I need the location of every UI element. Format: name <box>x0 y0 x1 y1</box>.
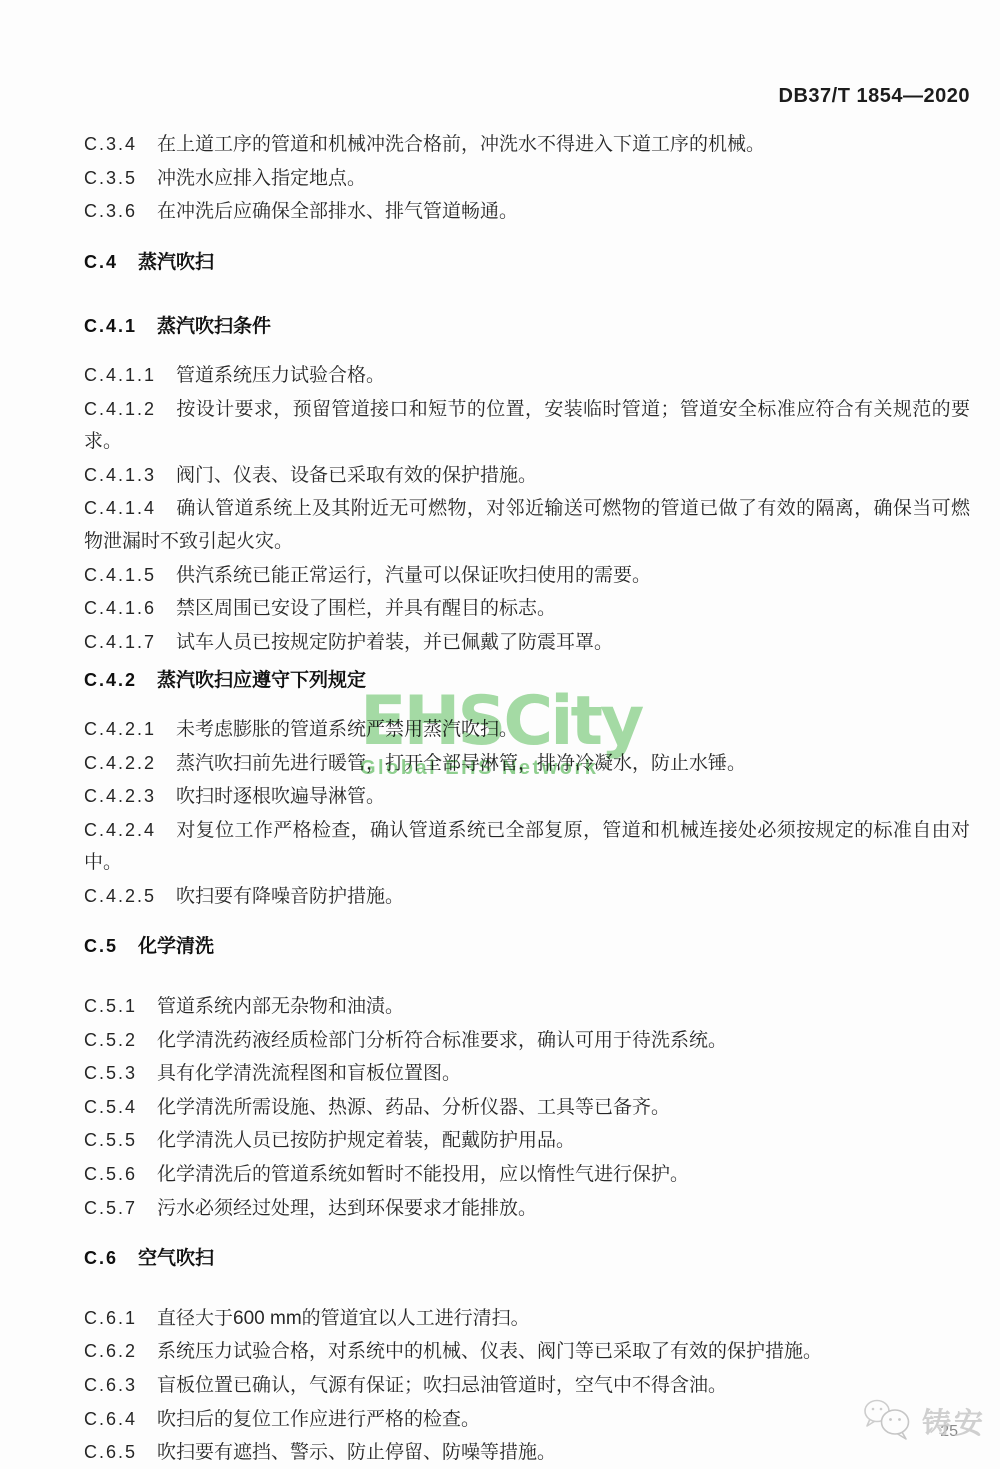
clause-C.4.1.6: C.4.1.6禁区周围已安设了围栏，并具有醒目的标志。 <box>84 592 970 626</box>
clause-number: C.5.5 <box>84 1130 137 1150</box>
heading-C.5: C.5化学清洗 <box>84 930 970 990</box>
clause-text: 系统压力试验合格，对系统中的机械、仪表、阀门等已采取了有效的保护措施。 <box>157 1341 822 1362</box>
clause-number: C.4.2.4 <box>84 820 156 840</box>
clause-number: C.4.1.1 <box>84 365 156 385</box>
clause-number: C.4.2.1 <box>84 719 156 739</box>
clause-text: 对复位工作严格检查，确认管道系统已全部复原，管道和机械连接处必须按规定的标准自由… <box>84 820 970 874</box>
clause-number: C.4.2 <box>84 670 137 690</box>
clause-C.3.4: C.3.4在上道工序的管道和机械冲洗合格前，冲洗水不得进入下道工序的机械。 <box>84 128 970 162</box>
clause-text: 化学清洗 <box>138 936 214 957</box>
document-content: C.3.4在上道工序的管道和机械冲洗合格前，冲洗水不得进入下道工序的机械。C.3… <box>84 128 970 1469</box>
clause-text: 蒸汽吹扫 <box>138 252 214 273</box>
heading-C.4.1: C.4.1蒸汽吹扫条件 <box>84 310 970 359</box>
clause-text: 化学清洗药液经质检部门分析符合标准要求，确认可用于待洗系统。 <box>157 1030 727 1051</box>
clause-C.6.2: C.6.2系统压力试验合格，对系统中的机械、仪表、阀门等已采取了有效的保护措施。 <box>84 1335 970 1369</box>
clause-number: C.4.2.5 <box>84 886 156 906</box>
clause-text: 未考虑膨胀的管道系统严禁用蒸汽吹扫。 <box>176 719 518 740</box>
clause-number: C.4.2.3 <box>84 786 156 806</box>
heading-C.6: C.6空气吹扫 <box>84 1242 970 1302</box>
clause-C.5.3: C.5.3具有化学清洗流程图和盲板位置图。 <box>84 1057 970 1091</box>
clause-C.5.5: C.5.5化学清洗人员已按防护规定着装，配戴防护用品。 <box>84 1124 970 1158</box>
clause-number: C.4.1.3 <box>84 465 156 485</box>
clause-text: 禁区周围已安设了围栏，并具有醒目的标志。 <box>176 598 556 619</box>
clause-number: C.6.3 <box>84 1375 137 1395</box>
clause-C.5.7: C.5.7污水必须经过处理，达到环保要求才能排放。 <box>84 1192 970 1226</box>
clause-number: C.5.3 <box>84 1063 137 1083</box>
clause-number: C.3.5 <box>84 168 137 188</box>
clause-number: C.5.4 <box>84 1097 137 1117</box>
clause-number: C.4.2.2 <box>84 753 156 773</box>
clause-number: C.6 <box>84 1248 118 1268</box>
clause-number: C.4 <box>84 252 118 272</box>
clause-number: C.5.7 <box>84 1198 137 1218</box>
clause-C.5.4: C.5.4化学清洗所需设施、热源、药品、分析仪器、工具等已备齐。 <box>84 1091 970 1125</box>
clause-C.3.6: C.3.6在冲洗后应确保全部排水、排气管道畅通。 <box>84 195 970 229</box>
clause-text: 吹扫后的复位工作应进行严格的检查。 <box>157 1409 480 1430</box>
clause-C.6.4: C.6.4吹扫后的复位工作应进行严格的检查。 <box>84 1403 970 1437</box>
clause-C.5.2: C.5.2化学清洗药液经质检部门分析符合标准要求，确认可用于待洗系统。 <box>84 1024 970 1058</box>
clause-number: C.4.1.4 <box>84 498 156 518</box>
clause-text: 蒸汽吹扫应遵守下列规定 <box>157 670 366 691</box>
clause-C.4.2.4: C.4.2.4对复位工作严格检查，确认管道系统已全部复原，管道和机械连接处必须按… <box>84 814 970 880</box>
clause-text: 蒸汽吹扫条件 <box>157 316 271 337</box>
clause-number: C.4.1 <box>84 316 137 336</box>
clause-C.4.1.1: C.4.1.1管道系统压力试验合格。 <box>84 359 970 393</box>
clause-number: C.4.1.6 <box>84 598 156 618</box>
clause-C.4.1.3: C.4.1.3阀门、仪表、设备已采取有效的保护措施。 <box>84 459 970 493</box>
clause-C.4.1.2: C.4.1.2按设计要求，预留管道接口和短节的位置，安装临时管道；管道安全标准应… <box>84 393 970 459</box>
clause-number: C.4.1.5 <box>84 565 156 585</box>
clause-C.4.2.5: C.4.2.5吹扫要有降噪音防护措施。 <box>84 880 970 914</box>
clause-text: 在冲洗后应确保全部排水、排气管道畅通。 <box>157 201 518 222</box>
clause-number: C.6.4 <box>84 1409 137 1429</box>
clause-number: C.3.6 <box>84 201 137 221</box>
clause-text: 吹扫要有遮挡、警示、防止停留、防噪等措施。 <box>157 1442 556 1463</box>
clause-text: 确认管道系统上及其附近无可燃物，对邻近输送可燃物的管道已做了有效的隔离，确保当可… <box>84 498 970 552</box>
heading-C.4.2: C.4.2蒸汽吹扫应遵守下列规定 <box>84 664 970 713</box>
clause-text: 化学清洗人员已按防护规定着装，配戴防护用品。 <box>157 1130 575 1151</box>
clause-C.5.1: C.5.1管道系统内部无杂物和油渍。 <box>84 990 970 1024</box>
clause-number: C.6.1 <box>84 1308 137 1328</box>
clause-number: C.5 <box>84 936 118 956</box>
clause-text: 蒸汽吹扫前先进行暖管，打开全部导淋管，排净冷凝水，防止水锤。 <box>176 753 746 774</box>
clause-number: C.6.5 <box>84 1442 137 1462</box>
standard-number: DB37/T 1854—2020 <box>779 85 970 107</box>
clause-text: 直径大于600 mm的管道宜以人工进行清扫。 <box>157 1308 530 1329</box>
clause-number: C.5.1 <box>84 996 137 1016</box>
clause-number: C.6.2 <box>84 1341 137 1361</box>
clause-number: C.4.1.7 <box>84 632 156 652</box>
clause-text: 吹扫要有降噪音防护措施。 <box>176 886 404 907</box>
clause-C.4.1.7: C.4.1.7试车人员已按规定防护着装，并已佩戴了防震耳罩。 <box>84 626 970 660</box>
clause-number: C.5.6 <box>84 1164 137 1184</box>
clause-C.3.5: C.3.5冲洗水应排入指定地点。 <box>84 162 970 196</box>
clause-C.4.2.2: C.4.2.2蒸汽吹扫前先进行暖管，打开全部导淋管，排净冷凝水，防止水锤。 <box>84 747 970 781</box>
clause-text: 在上道工序的管道和机械冲洗合格前，冲洗水不得进入下道工序的机械。 <box>157 134 765 155</box>
clause-text: 管道系统压力试验合格。 <box>176 365 385 386</box>
clause-C.6.1: C.6.1直径大于600 mm的管道宜以人工进行清扫。 <box>84 1302 970 1336</box>
clause-text: 吹扫时逐根吹遍导淋管。 <box>176 786 385 807</box>
clause-text: 具有化学清洗流程图和盲板位置图。 <box>157 1063 461 1084</box>
heading-C.4: C.4蒸汽吹扫 <box>84 246 970 306</box>
page-number: 25 <box>940 1423 958 1441</box>
clause-C.4.2.1: C.4.2.1未考虑膨胀的管道系统严禁用蒸汽吹扫。 <box>84 713 970 747</box>
clause-text: 冲洗水应排入指定地点。 <box>157 168 366 189</box>
clause-text: 化学清洗所需设施、热源、药品、分析仪器、工具等已备齐。 <box>157 1097 670 1118</box>
clause-number: C.4.1.2 <box>84 399 156 419</box>
clause-text: 供汽系统已能正常运行，汽量可以保证吹扫使用的需要。 <box>176 565 651 586</box>
clause-C.4.2.3: C.4.2.3吹扫时逐根吹遍导淋管。 <box>84 780 970 814</box>
clause-C.4.1.5: C.4.1.5供汽系统已能正常运行，汽量可以保证吹扫使用的需要。 <box>84 559 970 593</box>
clause-C.6.5: C.6.5吹扫要有遮挡、警示、防止停留、防噪等措施。 <box>84 1436 970 1469</box>
clause-number: C.3.4 <box>84 134 137 154</box>
clause-text: 按设计要求，预留管道接口和短节的位置，安装临时管道；管道安全标准应符合有关规范的… <box>84 399 970 453</box>
clause-text: 管道系统内部无杂物和油渍。 <box>157 996 404 1017</box>
page-header: DB37/T 1854—2020 <box>779 85 970 108</box>
clause-C.6.3: C.6.3盲板位置已确认，气源有保证；吹扫忌油管道时，空气中不得含油。 <box>84 1369 970 1403</box>
clause-C.4.1.4: C.4.1.4确认管道系统上及其附近无可燃物，对邻近输送可燃物的管道已做了有效的… <box>84 492 970 558</box>
clause-text: 空气吹扫 <box>138 1248 214 1269</box>
clause-text: 试车人员已按规定防护着装，并已佩戴了防震耳罩。 <box>176 632 613 653</box>
document-page: DB37/T 1854—2020 C.3.4在上道工序的管道和机械冲洗合格前，冲… <box>0 0 1000 1469</box>
clause-text: 污水必须经过处理，达到环保要求才能排放。 <box>157 1198 537 1219</box>
clause-text: 盲板位置已确认，气源有保证；吹扫忌油管道时，空气中不得含油。 <box>157 1375 727 1396</box>
clause-text: 阀门、仪表、设备已采取有效的保护措施。 <box>176 465 537 486</box>
clause-number: C.5.2 <box>84 1030 137 1050</box>
clause-C.5.6: C.5.6化学清洗后的管道系统如暂时不能投用，应以惰性气进行保护。 <box>84 1158 970 1192</box>
clause-text: 化学清洗后的管道系统如暂时不能投用，应以惰性气进行保护。 <box>157 1164 689 1185</box>
